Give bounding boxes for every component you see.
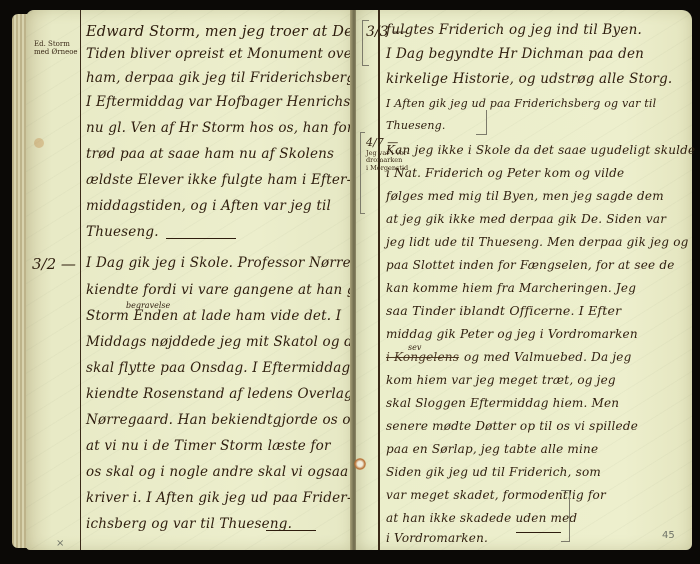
text-line: I Dag gik jeg i Skole. Professor Nørrega… xyxy=(86,257,392,271)
text-line: ham, derpaa gik jeg til Friderichsberg. xyxy=(86,72,360,86)
text-line: at vi nu i de Timer Storm læste for xyxy=(86,440,331,454)
text-line: Kan jeg ikke i Skole da det saae ugudeli… xyxy=(386,144,695,156)
text-line: trød paa at saae ham nu af Skolens xyxy=(86,148,334,162)
text-line: ichsberg og var til Thueseng. xyxy=(86,518,292,532)
text-line: kom hiem var jeg meget træt, og jeg xyxy=(386,374,616,386)
margin-bracket xyxy=(360,132,365,214)
margin-rule xyxy=(378,10,380,550)
text-line: Nørregaard. Han bekiendtgjorde os ogsaa xyxy=(86,414,383,428)
text-line: Edward Storm, men jeg troer at De med xyxy=(86,25,390,40)
text-line: følges med mig til Byen, men jeg sagde d… xyxy=(386,190,664,202)
margin-note-line: Ed. Storm xyxy=(34,40,78,48)
text-line: skal Sloggen Eftermiddag hiem. Men xyxy=(386,397,619,409)
text-line: kan komme hiem fra Marcheringen. Jeg xyxy=(386,282,636,294)
text-line: I Dag begyndte Hr Dichman paa den xyxy=(386,48,644,62)
text-line: os skal og i nogle andre skal vi ogsaa o… xyxy=(86,466,370,480)
entry-date: 3/2 — xyxy=(32,255,76,273)
text-line: paa Slottet inden for Fængselen, for at … xyxy=(386,259,675,271)
left-page: Ed. Storm med Ørneoe Edward Storm, men j… xyxy=(26,10,352,550)
text-line: Thueseng. xyxy=(86,226,159,240)
text-line: i Nat. Friderich og Peter kom og vilde xyxy=(386,167,624,179)
text-line: Middags nøjddede jeg mit Skatol og da vi xyxy=(86,336,378,350)
foxing-stain xyxy=(34,138,44,148)
margin-note-line: med Ørneoe xyxy=(34,48,78,56)
burn-hole xyxy=(354,458,366,470)
text-line: kiendte Rosenstand af ledens Overlag hos xyxy=(86,388,382,402)
text-line: saa Tinder iblandt Officerne. I Efter xyxy=(386,305,621,318)
text-line: paa en Sørlap, jeg tabte alle mine xyxy=(386,443,598,455)
text-line: Siden gik jeg ud til Friderich, som xyxy=(386,466,601,478)
right-page: 3/3 — fulgtes Friderich og jeg ind til B… xyxy=(356,10,692,550)
text-line: I Eftermiddag var Hofbager Henrichsen xyxy=(86,96,368,110)
struck-text: i Kongelens xyxy=(386,351,459,363)
diary-spread: Ed. Storm med Ørneoe Edward Storm, men j… xyxy=(0,0,700,564)
text-line: middag gik Peter og jeg i Vordromarken xyxy=(386,328,638,340)
text-line: Tiden bliver opreist et Monument over xyxy=(86,48,359,62)
text-line: Thueseng. xyxy=(386,120,446,131)
text-line: at jeg gik ikke med derpaa gik De. Siden… xyxy=(386,213,666,225)
text-line: I Aften gik jeg ud paa Friderichsberg og… xyxy=(386,98,656,109)
text-line: skal flytte paa Onsdag. I Eftermiddag xyxy=(86,362,350,376)
margin-note: Ed. Storm med Ørneoe xyxy=(34,40,78,56)
text-line: kirkelige Historie, og udstrøg alle Stor… xyxy=(386,73,672,87)
entry-end-bracket xyxy=(561,490,570,542)
text-line: middagstiden, og i Aften var jeg til xyxy=(86,200,331,214)
text-line: at han ikke skadede uden med xyxy=(386,512,577,524)
pencil-mark: × xyxy=(56,538,64,549)
text-line: senere mødte Døtter op til os vi spilled… xyxy=(386,420,638,432)
text-line: nu gl. Ven af Hr Storm hos os, han for- xyxy=(86,122,358,136)
end-flourish xyxy=(166,238,236,239)
text-line: jeg lidt ude til Thueseng. Men derpaa gi… xyxy=(386,236,689,248)
text-line: kriver i. I Aften gik jeg ud paa Frider- xyxy=(86,492,352,506)
text-line: var meget skadet, formodentlig for xyxy=(386,489,606,501)
text-line: fulgtes Friderich og jeg ind til Byen. xyxy=(386,24,642,38)
text-line: ældste Elever ikke fulgte ham i Efter- xyxy=(86,174,351,188)
text-line: kiendte fordi vi vare gangene at han gaa xyxy=(86,284,372,298)
margin-rule xyxy=(80,10,81,550)
text-line: og med Valmuebed. Da jeg xyxy=(464,351,631,363)
entry-end-bracket xyxy=(476,110,487,135)
page-number: 45 xyxy=(662,530,675,541)
end-flourish xyxy=(516,532,561,533)
text-line: Storm Enden at lade ham vide det. I xyxy=(86,310,341,324)
end-flourish xyxy=(266,530,316,531)
text-line: i Vordromarken. xyxy=(386,532,488,544)
